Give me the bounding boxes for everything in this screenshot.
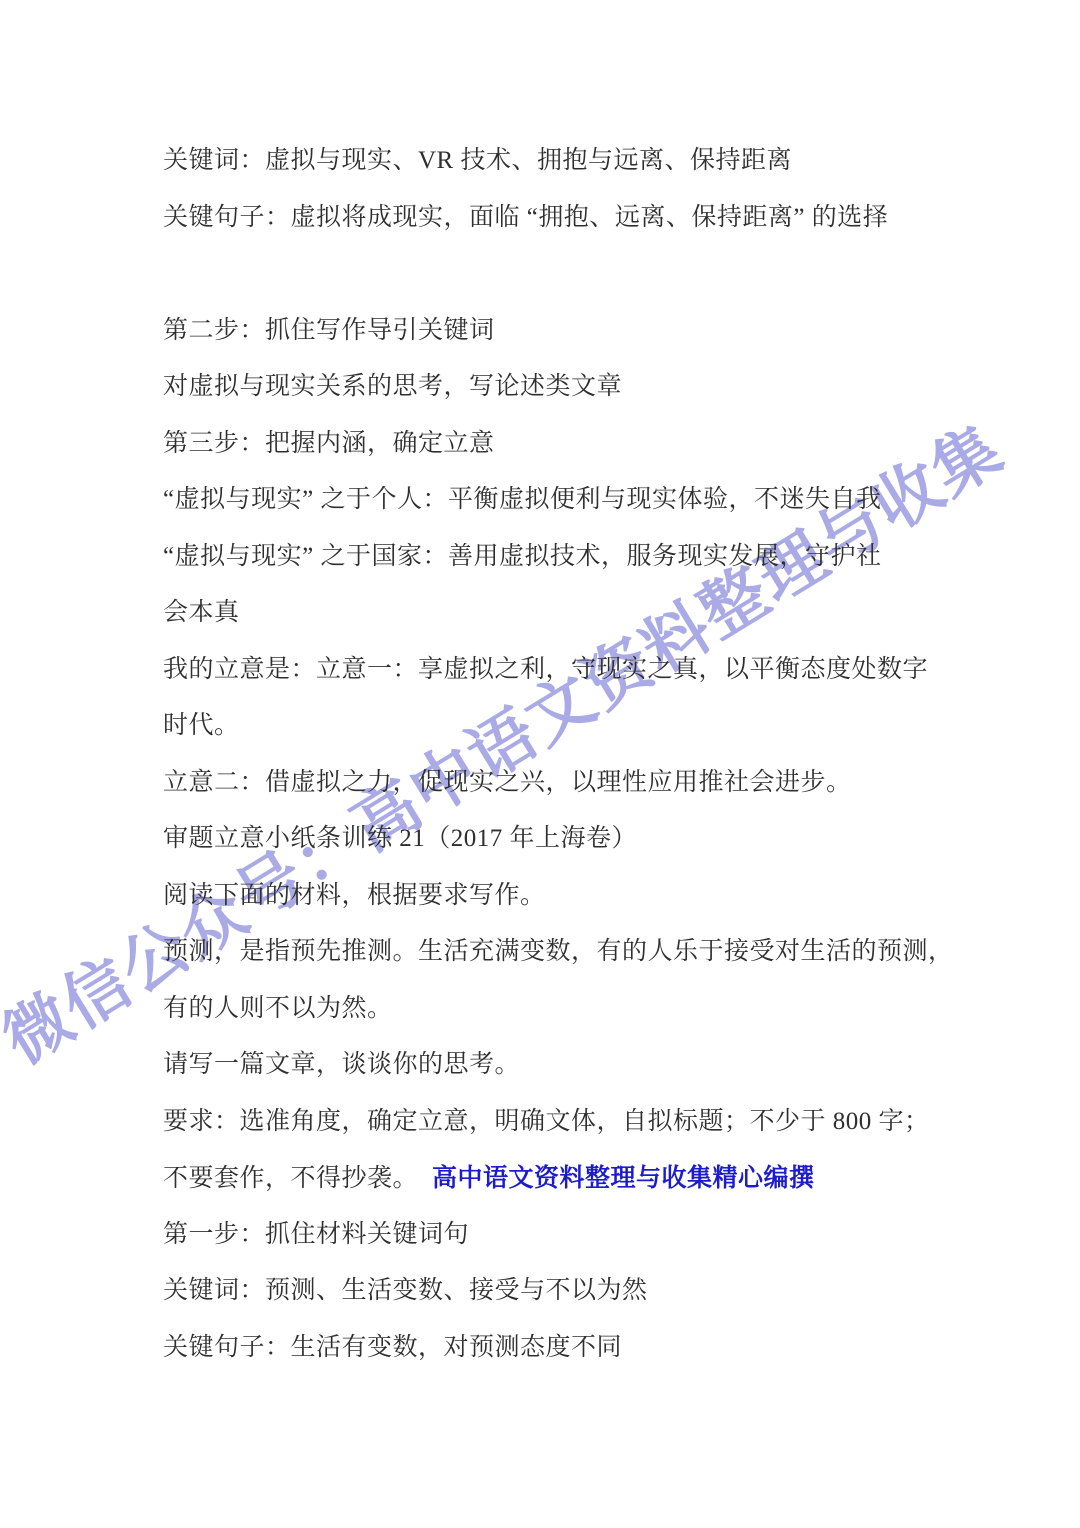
line-text: 我的立意是：立意一：享虚拟之利，守现实之真，以平衡态度处数字 xyxy=(163,656,928,683)
line-text: 关键句子：生活有变数，对预测态度不同 xyxy=(163,1334,622,1361)
line-text: 请写一篇文章，谈谈你的思考。 xyxy=(163,1051,520,1078)
line-text: 立意二：借虚拟之力，促现实之兴，以理性应用推社会进步。 xyxy=(163,769,852,796)
line-text: 第二步：抓住写作导引关键词 xyxy=(163,317,495,344)
line-text: 阅读下面的材料，根据要求写作。 xyxy=(163,882,546,909)
document-body: 关键词：虚拟与现实、VR 技术、拥抱与远离、保持距离关键句子：虚拟将成现实，面临… xyxy=(163,133,963,1376)
text-line: 关键句子：生活有变数，对预测态度不同 xyxy=(163,1320,963,1377)
line-text: 预测，是指预先推测。生活充满变数，有的人乐于接受对生活的预测， xyxy=(163,938,954,965)
text-line: 第三步：把握内涵，确定立意 xyxy=(163,416,963,473)
line-text: 审题立意小纸条训练 21（2017 年上海卷） xyxy=(163,825,637,852)
text-line: 预测，是指预先推测。生活充满变数，有的人乐于接受对生活的预测， xyxy=(163,924,963,981)
text-line: 阅读下面的材料，根据要求写作。 xyxy=(163,868,963,925)
text-line: 会本真 xyxy=(163,585,963,642)
line-text: 第一步：抓住材料关键词句 xyxy=(163,1221,469,1248)
editor-credit-text: 高中语文资料整理与收集精心编撰 xyxy=(432,1164,815,1192)
text-line: 请写一篇文章，谈谈你的思考。 xyxy=(163,1037,963,1094)
text-line: 立意二：借虚拟之力，促现实之兴，以理性应用推社会进步。 xyxy=(163,755,963,812)
text-line: 关键词：预测、生活变数、接受与不以为然 xyxy=(163,1263,963,1320)
text-line: 关键词：虚拟与现实、VR 技术、拥抱与远离、保持距离 xyxy=(163,133,963,190)
text-line: “虚拟与现实” 之于国家：善用虚拟技术，服务现实发展，守护社 xyxy=(163,529,963,586)
text-line: 关键句子：虚拟将成现实，面临 “拥抱、远离、保持距离” 的选择 xyxy=(163,190,963,247)
line-text: 关键词：虚拟与现实、VR 技术、拥抱与远离、保持距离 xyxy=(163,147,792,174)
line-text: 有的人则不以为然。 xyxy=(163,995,393,1022)
line-text: 关键句子：虚拟将成现实，面临 “拥抱、远离、保持距离” 的选择 xyxy=(163,204,888,231)
text-line: 不要套作，不得抄袭。高中语文资料整理与收集精心编撰 xyxy=(163,1150,963,1207)
text-line: 有的人则不以为然。 xyxy=(163,981,963,1038)
line-text: 要求：选准角度，确定立意，明确文体，自拟标题；不少于 800 字； xyxy=(163,1108,930,1135)
text-line: 审题立意小纸条训练 21（2017 年上海卷） xyxy=(163,811,963,868)
line-text: “虚拟与现实” 之于国家：善用虚拟技术，服务现实发展，守护社 xyxy=(163,543,881,570)
line-text: 时代。 xyxy=(163,712,240,739)
document-page: 微信公众号：高中语文资料整理与收集 关键词：虚拟与现实、VR 技术、拥抱与远离、… xyxy=(0,0,1080,1528)
blank-line xyxy=(163,246,963,303)
text-line: 第二步：抓住写作导引关键词 xyxy=(163,303,963,360)
text-line: 我的立意是：立意一：享虚拟之利，守现实之真，以平衡态度处数字 xyxy=(163,642,963,699)
line-text: 对虚拟与现实关系的思考，写论述类文章 xyxy=(163,373,622,400)
line-text: “虚拟与现实” 之于个人：平衡虚拟便利与现实体验，不迷失自我 xyxy=(163,486,881,513)
line-text: 会本真 xyxy=(163,599,240,626)
text-line: 第一步：抓住材料关键词句 xyxy=(163,1207,963,1264)
line-text: 第三步：把握内涵，确定立意 xyxy=(163,430,495,457)
text-line: 对虚拟与现实关系的思考，写论述类文章 xyxy=(163,359,963,416)
line-text: 关键词：预测、生活变数、接受与不以为然 xyxy=(163,1277,648,1304)
text-line: “虚拟与现实” 之于个人：平衡虚拟便利与现实体验，不迷失自我 xyxy=(163,472,963,529)
text-line: 时代。 xyxy=(163,698,963,755)
text-line: 要求：选准角度，确定立意，明确文体，自拟标题；不少于 800 字； xyxy=(163,1094,963,1151)
line-text: 不要套作，不得抄袭。 xyxy=(163,1165,418,1192)
